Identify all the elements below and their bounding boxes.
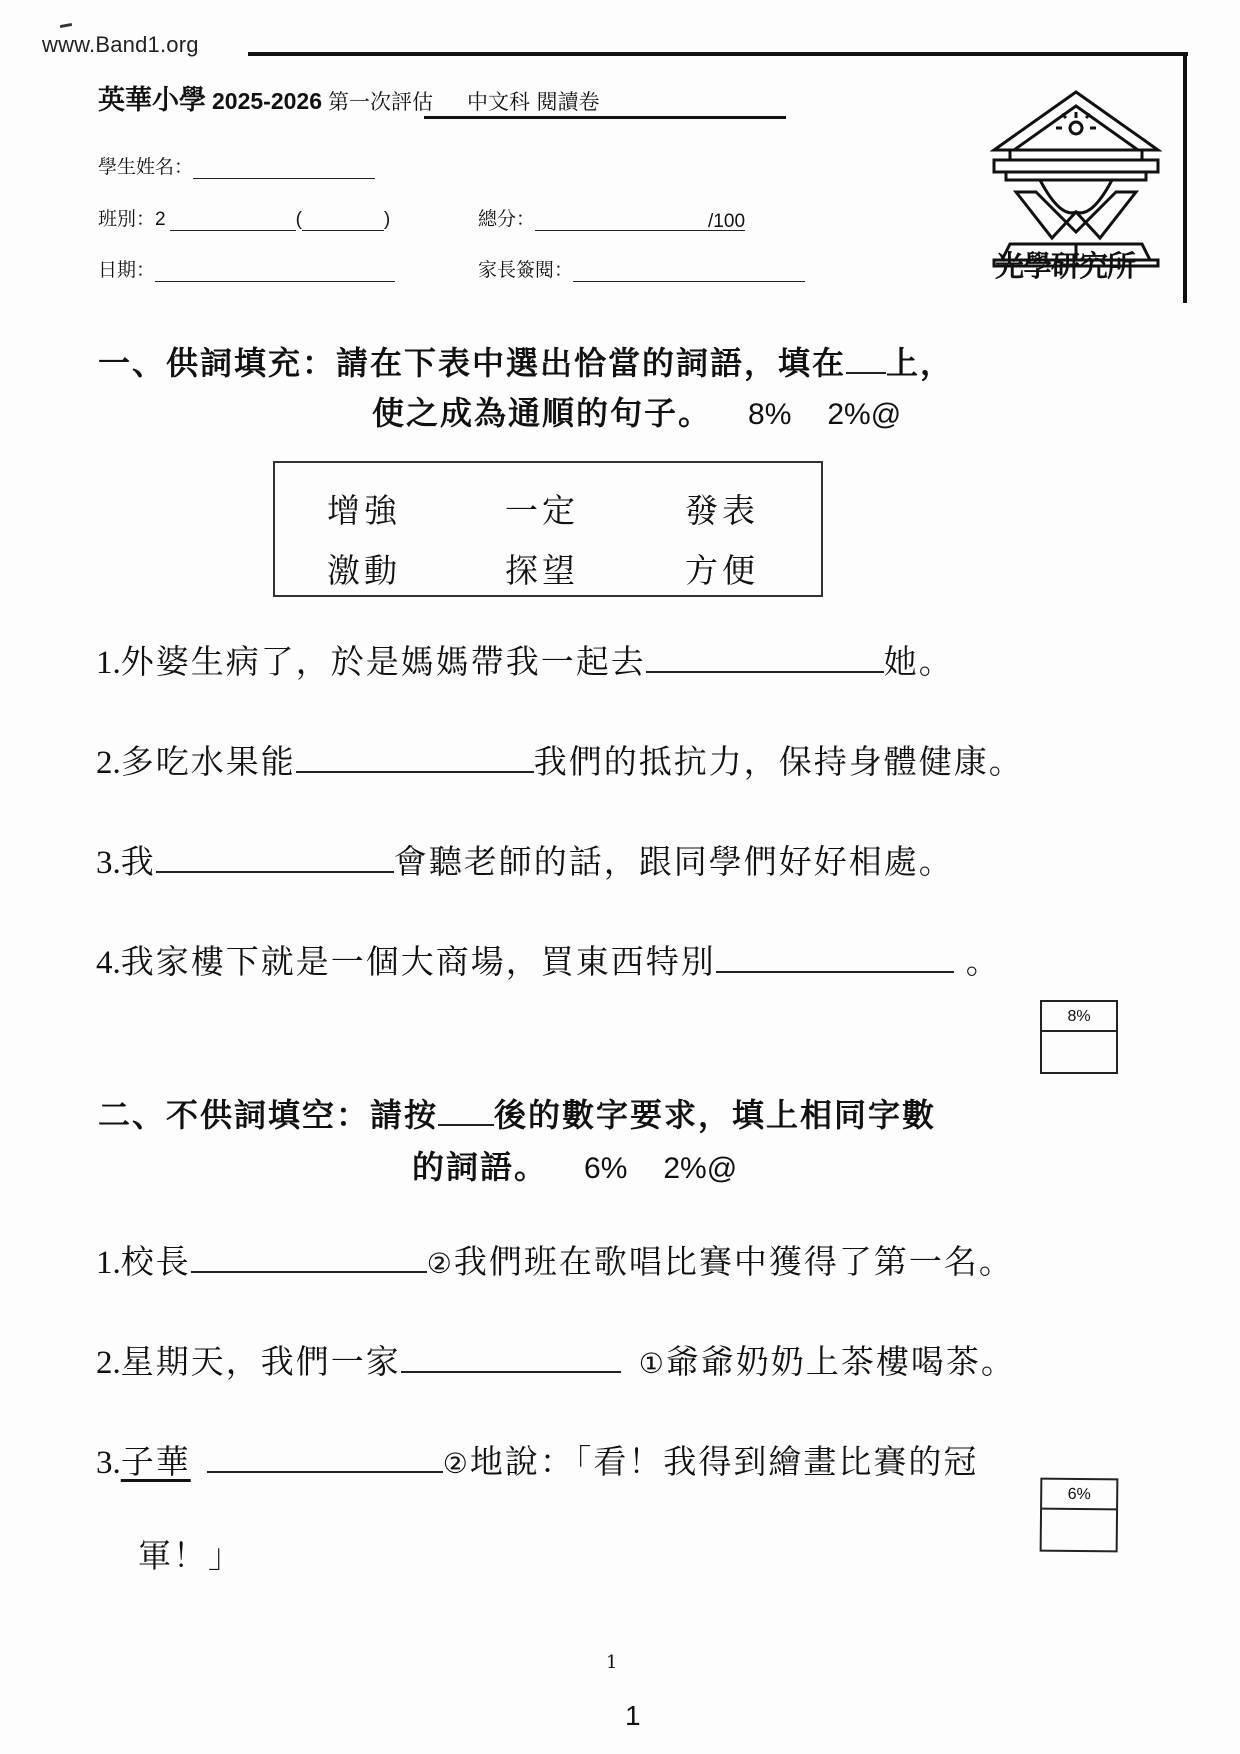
- question-text: 多吃水果能: [121, 742, 296, 781]
- section1-score-box: 8%: [1040, 1000, 1118, 1074]
- answer-blank[interactable]: [716, 941, 954, 973]
- class-value: 2: [155, 209, 166, 230]
- parent-signature-label: 家長簽閱：: [478, 259, 573, 281]
- scan-mark: [60, 23, 72, 28]
- section2-instruction: 二、不供詞填空：請按: [98, 1096, 438, 1134]
- word-count-marker: ②: [443, 1447, 470, 1480]
- question-number: 3.: [96, 845, 121, 881]
- total-score-field: 總分：/100: [478, 204, 745, 231]
- section1-score-label: 8%: [1042, 1002, 1116, 1032]
- student-name-label: 學生姓名：: [98, 156, 193, 178]
- section2-question-1: 1.校長②我們班在歌唱比賽中獲得了第一名。: [96, 1236, 1014, 1283]
- subject-name: 中文科 閱讀卷: [467, 90, 600, 114]
- word-bank-item: 激動: [327, 545, 401, 592]
- section2-heading-line2: 的詞語。6%2%@: [412, 1142, 737, 1188]
- answer-blank[interactable]: [191, 1241, 427, 1273]
- word-bank-item: 探望: [505, 545, 579, 592]
- section1-per-item-marks: 2%@: [827, 398, 901, 431]
- word-bank-item: 增強: [327, 485, 401, 532]
- answer-blank[interactable]: [156, 841, 394, 873]
- word-bank-item: 一定: [505, 485, 579, 532]
- question-number: 2.: [96, 1345, 121, 1381]
- answer-blank[interactable]: [646, 641, 884, 673]
- word-bank: 增強 一定 發表 激動 探望 方便: [273, 461, 823, 597]
- section1-question-3: 3.我會聽老師的話，跟同學們好好相處。: [96, 836, 954, 883]
- proper-name-underlined: 子華: [121, 1442, 191, 1481]
- section2-score-box: 6%: [1040, 1478, 1119, 1553]
- student-name-field: 學生姓名：: [98, 152, 375, 179]
- class-number-paren-close: ): [384, 209, 390, 230]
- section2-score-input[interactable]: [1042, 1510, 1116, 1551]
- question-number: 3.: [96, 1445, 121, 1481]
- question-number: 1.: [96, 645, 121, 681]
- question-number: 4.: [96, 945, 121, 981]
- word-count-marker: ②: [427, 1247, 454, 1280]
- header-top-border: [248, 52, 1188, 56]
- word-count-marker: ①: [639, 1347, 666, 1380]
- class-input[interactable]: [170, 210, 296, 231]
- header-right-border: [1183, 55, 1187, 303]
- question-text: 我家樓下就是一個大商場，買東西特別: [121, 942, 716, 981]
- date-label: 日期：: [98, 259, 155, 281]
- question-number: 2.: [96, 745, 121, 781]
- class-field: 班別：2(): [98, 204, 390, 231]
- section1-instruction: 一、供詞填充：請在下表中選出恰當的詞語，填在: [98, 344, 846, 382]
- blank-symbol: [438, 1096, 494, 1126]
- section2-question-3-continuation: 軍！」: [138, 1530, 243, 1577]
- question-text: 校長: [121, 1242, 191, 1281]
- section1-instruction-suffix: 上，: [886, 344, 954, 382]
- section2-heading-line1: 二、不供詞填空：請按後的數字要求，填上相同字數: [98, 1090, 936, 1136]
- total-score-label: 總分：: [478, 208, 535, 230]
- class-label: 班別：: [98, 208, 155, 230]
- total-score-input[interactable]: /100: [535, 210, 745, 231]
- answer-blank[interactable]: [207, 1441, 443, 1473]
- institute-name: 光學研究所: [995, 244, 1135, 285]
- school-name: 英華小學: [98, 85, 206, 116]
- question-text-end: 我們班在歌唱比賽中獲得了第一名。: [454, 1242, 1014, 1281]
- section2-instruction-suffix: 後的數字要求，填上相同字數: [494, 1096, 936, 1134]
- school-year: 2025-2026: [212, 88, 322, 114]
- watermark: www.Band1.org: [42, 32, 199, 58]
- section2-marks: 6%: [584, 1152, 627, 1185]
- question-text-end: 我們的抵抗力，保持身體健康。: [534, 742, 1024, 781]
- page-title: 英華小學2025-2026第一次評估中文科 閱讀卷: [98, 78, 600, 117]
- answer-blank[interactable]: [401, 1341, 621, 1373]
- section1-heading-line2: 使之成為通順的句子。8%2%@: [372, 388, 901, 434]
- parent-signature-input[interactable]: [573, 261, 805, 282]
- student-name-input[interactable]: [193, 158, 375, 179]
- blank-symbol: [846, 344, 886, 374]
- date-field: 日期：: [98, 255, 395, 282]
- section2-instruction-line2: 的詞語。: [412, 1148, 548, 1186]
- parent-signature-field: 家長簽閱：: [478, 255, 805, 282]
- question-text: 外婆生病了，於是媽媽帶我一起去: [121, 642, 646, 681]
- section1-score-input[interactable]: [1042, 1032, 1116, 1072]
- page-number: 1: [625, 1700, 641, 1732]
- section1-question-2: 2.多吃水果能我們的抵抗力，保持身體健康。: [96, 736, 1024, 783]
- assessment-name: 第一次評估: [328, 90, 433, 114]
- section1-question-4: 4.我家樓下就是一個大商場，買東西特別。: [96, 936, 1001, 983]
- question-text: 我: [121, 842, 156, 881]
- word-bank-item: 發表: [685, 485, 759, 532]
- section1-instruction-line2: 使之成為通順的句子。: [372, 394, 712, 432]
- question-text: 星期天，我們一家: [121, 1342, 401, 1381]
- answer-blank[interactable]: [296, 741, 534, 773]
- section1-marks: 8%: [748, 398, 791, 431]
- question-text-end: 她。: [884, 642, 954, 681]
- title-underline: [424, 116, 786, 119]
- total-score-max: /100: [708, 211, 745, 232]
- date-input[interactable]: [155, 261, 395, 282]
- question-text-end: 會聽老師的話，跟同學們好好相處。: [394, 842, 954, 881]
- word-bank-item: 方便: [685, 545, 759, 592]
- section2-question-3: 3.子華②地說：「看！我得到繪畫比賽的冠: [96, 1436, 978, 1483]
- question-number: 1.: [96, 1245, 121, 1281]
- question-text-end: 。: [966, 942, 1001, 981]
- section1-question-1: 1.外婆生病了，於是媽媽帶我一起去她。: [96, 636, 954, 683]
- section2-question-2: 2.星期天，我們一家①爺爺奶奶上茶樓喝茶。: [96, 1336, 1016, 1383]
- page-mark-small: 1: [606, 1652, 617, 1673]
- section2-score-label: 6%: [1042, 1480, 1116, 1511]
- question-text-end: 爺爺奶奶上茶樓喝茶。: [666, 1342, 1016, 1381]
- section2-per-item-marks: 2%@: [663, 1152, 737, 1185]
- section1-heading-line1: 一、供詞填充：請在下表中選出恰當的詞語，填在上，: [98, 338, 954, 384]
- question-text-end: 地說：「看！我得到繪畫比賽的冠: [470, 1442, 979, 1481]
- class-number-input[interactable]: [302, 210, 384, 231]
